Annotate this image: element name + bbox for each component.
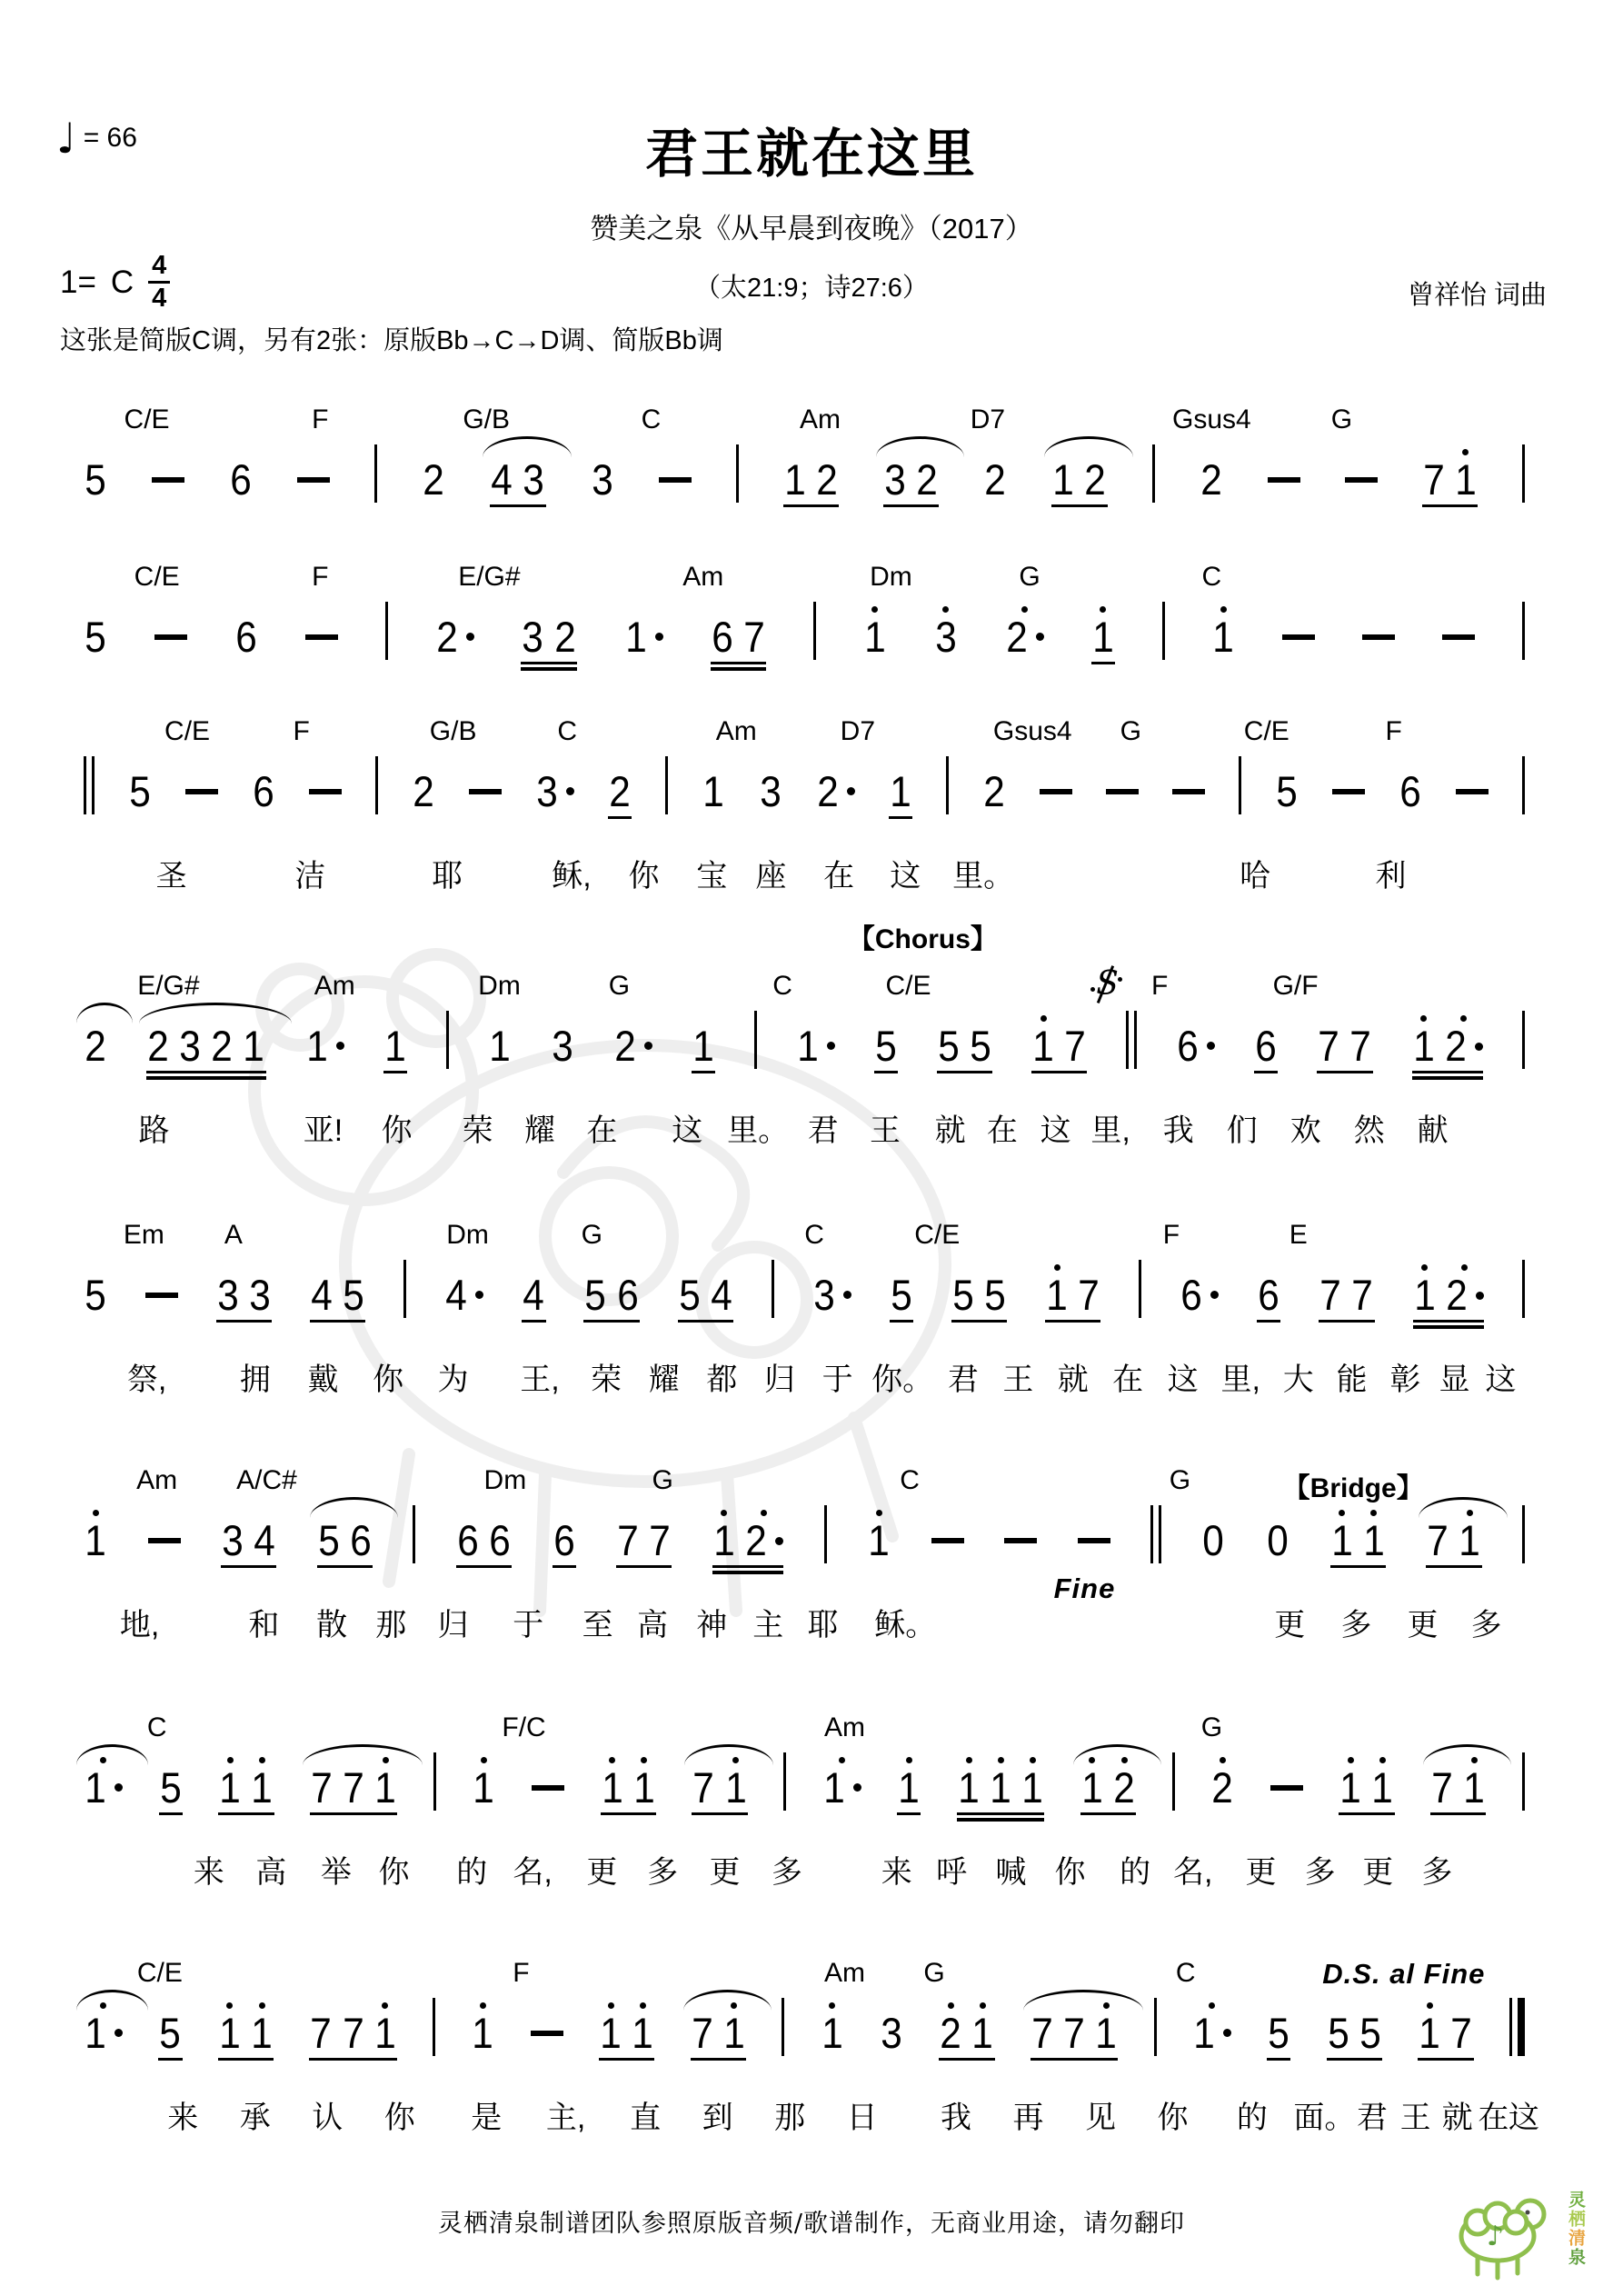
octave-dot [942, 606, 949, 613]
dash-extension [1442, 634, 1475, 664]
note: 71 [1422, 449, 1478, 507]
lyric-syllable: 你 [382, 1105, 413, 1150]
octave-dot [383, 1757, 389, 1763]
note-digit: 5 [875, 1025, 897, 1067]
chord-label: F [294, 716, 310, 747]
lyric-syllable: 利 [1376, 851, 1407, 895]
music-systems: C/EFG/BCAmD7Gsus4G5624331232212271C/EFE/… [82, 0, 1527, 2296]
note-digit: 2 [423, 459, 445, 501]
note-digit: 3 [881, 2012, 902, 2054]
lyric-syllable: 到 [702, 2092, 733, 2137]
note-digit: 1 [899, 1767, 921, 1809]
augmentation-dot [1476, 1292, 1484, 1300]
note: 4 [522, 1264, 545, 1323]
augmentation-dot [475, 1291, 483, 1299]
note: 771 [310, 1757, 397, 1815]
octave-dot [1379, 1757, 1386, 1763]
note: 1 [796, 1015, 835, 1074]
note-digit: 2 [212, 1025, 234, 1067]
octave-dot [1220, 1757, 1226, 1763]
octave-dot [1460, 1015, 1467, 1022]
octave-dot [732, 1757, 739, 1763]
lyric-syllable: 这 [1485, 1354, 1516, 1399]
lyric-syllable: 多 [1340, 1600, 1371, 1644]
dash-extension [469, 789, 502, 819]
beam-group: 71 [1426, 1510, 1481, 1568]
note: 5 [1267, 2002, 1290, 2061]
note-digit: 6 [712, 616, 733, 658]
note: 0 [1201, 1510, 1225, 1569]
note-digit: 5 [85, 1274, 106, 1316]
note-digit: 5 [984, 1274, 1006, 1316]
lyric-syllable: 那 [375, 1600, 406, 1644]
note: 5 [84, 606, 107, 665]
octave-dot [1461, 1264, 1468, 1271]
chord-label: G/F [1273, 971, 1319, 1002]
note: 17 [1418, 2002, 1473, 2061]
lyric-syllable: 多 [1305, 1847, 1336, 1892]
system-7: CF/CAmG151177111171111111221171来高举你的名,更多… [82, 1712, 1527, 1905]
note: 71 [1430, 1757, 1486, 1815]
note-digit: 1 [220, 1767, 242, 1809]
lyric-syllable: 直 [630, 2092, 661, 2137]
octave-dot [609, 1757, 615, 1763]
lyric-syllable: 稣, [552, 851, 591, 895]
note: 5 [1275, 761, 1299, 820]
lyric-syllable: 这 [1168, 1354, 1199, 1399]
note-digit: 1 [633, 1767, 655, 1809]
note-digit: 5 [585, 1274, 607, 1316]
note-digit: 5 [344, 1274, 365, 1316]
note-digit: 1 [1213, 616, 1235, 658]
barline [433, 1752, 436, 1815]
beam-group: 56 [317, 1510, 373, 1568]
note-digit: 1 [244, 1025, 265, 1067]
chord-label: E/G# [137, 971, 199, 1002]
note: 6 [1399, 761, 1422, 820]
note: 6 [1176, 1015, 1215, 1074]
chord-row: EmADmGCC/EFE [82, 1220, 1527, 1256]
lyric-syllable: 主 [752, 1600, 783, 1644]
note-digit: 6 [617, 1274, 639, 1316]
note-digit: 1 [890, 771, 911, 813]
augmentation-dot [655, 633, 663, 641]
lyric-syllable: 拥 [240, 1354, 271, 1399]
note: 2 [982, 761, 1006, 820]
lyric-syllable: 里。 [952, 851, 1014, 895]
octave-dot [1427, 2002, 1433, 2009]
lyric-syllable: 宝 [696, 851, 727, 895]
octave-dot [1089, 1757, 1095, 1763]
note: 771 [1031, 2002, 1118, 2061]
lyric-syllable: 你 [1157, 2092, 1188, 2137]
note-digit: 1 [725, 1767, 747, 1809]
note-digit: 5 [1276, 771, 1298, 813]
chord-label: G [1331, 404, 1352, 435]
note-digit: 5 [85, 616, 106, 658]
note: 1 [863, 606, 887, 665]
augmentation-dot [827, 1042, 835, 1050]
octave-dot [721, 1510, 727, 1516]
barline [385, 602, 388, 664]
note: 11 [601, 1757, 656, 1815]
chord-label: C [772, 971, 792, 1002]
system-6: AmA/C#DmGCG【Bridge】Fine13456666771210011… [82, 1465, 1527, 1658]
note: 45 [310, 1264, 365, 1323]
chord-label: E/G# [458, 562, 520, 593]
barline [783, 1752, 786, 1815]
octave-dot [948, 2002, 954, 2009]
note-digit: 7 [311, 1767, 333, 1809]
barline [1172, 1752, 1175, 1815]
octave-dot [1030, 1757, 1036, 1763]
augmentation-dot [1475, 1043, 1483, 1051]
note-digit: 2 [147, 1025, 169, 1067]
note-digit: 3 [884, 459, 906, 501]
octave-dot [227, 1757, 234, 1763]
note: 2 [816, 761, 855, 820]
note-digit: 1 [632, 2012, 654, 2054]
octave-dot [966, 1757, 972, 1763]
note: 6 [1254, 1015, 1278, 1073]
system-3: C/EFG/BCAmD7Gsus4GC/EF562321321256圣洁耶稣,你… [82, 716, 1527, 909]
chord-label: Am [314, 971, 355, 1002]
note-digit: 1 [85, 1520, 106, 1562]
chord-row: CF/CAmG [82, 1712, 1527, 1749]
chord-label: C [557, 716, 577, 747]
note: 3 [880, 2002, 903, 2061]
note-digit: 5 [129, 771, 151, 813]
lyric-syllable: 你 [373, 1354, 403, 1399]
beam-group: 71 [692, 1757, 747, 1815]
note: 0 [1266, 1510, 1289, 1569]
octave-dot [608, 2002, 614, 2009]
beam-group: 11 [218, 1757, 274, 1815]
note: 71 [692, 1757, 747, 1815]
chord-row: C/EFG/BCAmD7Gsus4G [82, 404, 1527, 441]
note-digit: 1 [1053, 459, 1075, 501]
lyric-syllable: 来 [194, 1847, 224, 1892]
beam-group: 12 [1413, 1264, 1484, 1323]
note-digit: 5 [160, 2012, 182, 2054]
note: 77 [1317, 1015, 1372, 1073]
note: 5 [158, 2002, 182, 2061]
lyric-syllable: 和 [248, 1600, 279, 1644]
note-row: 53345445654355517667712 [82, 1260, 1527, 1323]
barline [433, 1998, 435, 2061]
note: 55 [951, 1264, 1007, 1323]
note-digit: 1 [489, 1025, 511, 1067]
lyric-syllable: 君 [808, 1105, 839, 1150]
note: 32 [883, 449, 939, 507]
note-digit: 3 [536, 771, 558, 813]
lyric-syllable: 祭, [127, 1354, 166, 1399]
lyric-syllable: 王, [520, 1354, 559, 1399]
beam-group: 45 [310, 1264, 365, 1323]
beam-group: 17 [1031, 1015, 1087, 1073]
lyric-syllable: 再 [1012, 2092, 1043, 2137]
note-digit: 1 [958, 1767, 980, 1809]
octave-dot [1467, 1510, 1473, 1516]
beam-group: 71 [691, 2002, 746, 2061]
note: 2321 [146, 1015, 266, 1073]
chord-row: C/EFE/G#AmDmGC [82, 562, 1527, 598]
note-digit: 5 [952, 1274, 974, 1316]
note-digit: 3 [217, 1274, 239, 1316]
chord-label: C [804, 1220, 824, 1251]
dash-extension [305, 634, 338, 664]
augmentation-dot [847, 787, 855, 795]
beam-group: 11 [218, 2002, 274, 2061]
lyric-syllable: 然 [1354, 1105, 1385, 1150]
octave-dot [1462, 449, 1469, 455]
octave-dot [1370, 1510, 1377, 1516]
barline [665, 756, 668, 819]
note-digit: 7 [1079, 1274, 1100, 1316]
note-digit: 2 [85, 1025, 106, 1067]
lyric-syllable: 献 [1418, 1105, 1449, 1150]
dash-extension [1106, 789, 1139, 819]
chord-row: C/EFAmGCD.S. al Fine [82, 1958, 1527, 1994]
note-digit: 2 [941, 2012, 962, 2054]
note-digit: 1 [797, 1025, 819, 1067]
note: 55 [937, 1015, 992, 1073]
lyric-syllable: 你 [378, 1847, 409, 1892]
chord-label: D7 [841, 716, 875, 747]
chord-row: E/G#AmDmGCC/EFG/F【Chorus】S [82, 971, 1527, 1007]
chord-label: G [1201, 1712, 1222, 1743]
augmentation-dot [115, 2029, 123, 2037]
note-digit: 5 [85, 459, 106, 501]
note: 1 [383, 1015, 407, 1073]
note: 6 [229, 449, 253, 508]
note-digit: 7 [1431, 1767, 1453, 1809]
note: 33 [216, 1264, 272, 1323]
note-digit: 2 [817, 771, 839, 813]
beam-group: 55 [951, 1264, 1007, 1323]
note-digit: 1 [473, 2012, 494, 2054]
note-digit: 5 [970, 1025, 991, 1067]
note-digit: 3 [180, 1025, 202, 1067]
note-digit: 2 [1006, 616, 1028, 658]
chord-label: C [642, 404, 662, 435]
note-digit: 2 [614, 1025, 636, 1067]
note-digit: 2 [983, 771, 1005, 813]
chord-label: Dm [484, 1465, 527, 1496]
beam-group: 77 [1317, 1015, 1372, 1073]
note: 12 [712, 1510, 783, 1568]
note-digit: 1 [1095, 2012, 1117, 2054]
barline [1522, 444, 1525, 507]
note-digit: 3 [760, 771, 782, 813]
lyric-syllable: 高 [255, 1847, 286, 1892]
note-row: 1511771111711321771155517 [82, 1998, 1527, 2061]
beam-group: 11 [1339, 1757, 1394, 1815]
note-digit: 5 [160, 1767, 182, 1809]
system-4: E/G#AmDmGCC/EFG/F【Chorus】S22321111321155… [82, 971, 1527, 1163]
octave-dot [382, 2002, 388, 2009]
lyric-syllable: 路 [139, 1105, 170, 1150]
lyric-row: 来高举你的名,更多更多来呼喊你的名,更多更多 [82, 1847, 1527, 1889]
chord-label: C/E [134, 562, 180, 593]
note: 6 [1180, 1264, 1219, 1323]
barline [446, 1011, 449, 1073]
octave-dot [1220, 606, 1227, 613]
barline [1522, 1752, 1525, 1815]
beam-group: 56 [583, 1264, 639, 1323]
lyric-syllable: 的 [1120, 1847, 1150, 1892]
octave-dot [640, 2002, 646, 2009]
chord-label: C/E [914, 1220, 960, 1251]
chord-label: C [1176, 1958, 1196, 1989]
note-row: 562321321256 [82, 756, 1527, 819]
note: 67 [711, 606, 766, 664]
note-digit: 1 [1464, 1767, 1486, 1809]
note-digit: 2 [413, 771, 434, 813]
lyric-syllable: 这 [1041, 1105, 1071, 1150]
note-digit: 3 [523, 459, 545, 501]
note: 3 [812, 1264, 851, 1323]
chord-label: C [147, 1712, 167, 1743]
lyric-syllable: 名, [1173, 1847, 1212, 1892]
octave-dot [259, 2002, 265, 2009]
svg-text:♪: ♪ [1487, 2221, 1504, 2252]
barline [374, 444, 377, 507]
note-digit: 7 [1320, 1274, 1342, 1316]
note-digit: 7 [743, 616, 765, 658]
chord-label: F [513, 1958, 529, 1989]
beam-group: 11 [601, 1757, 656, 1815]
lyric-syllable: 更 [1408, 1600, 1439, 1644]
lyric-syllable: 显 [1439, 1354, 1470, 1399]
octave-dot [93, 1510, 99, 1516]
note: 3 [551, 1015, 574, 1074]
note: 55 [1327, 2002, 1382, 2061]
note: 12 [1412, 1015, 1483, 1073]
dash-extension [152, 477, 184, 507]
note: 6 [553, 1510, 576, 1568]
octave-dot [761, 1510, 767, 1516]
lyric-syllable: 的 [456, 1847, 487, 1892]
note: 2 [422, 449, 445, 508]
note-row: 5623216713211 [82, 602, 1527, 664]
note: 54 [678, 1264, 733, 1323]
note-digit: 1 [1022, 1767, 1044, 1809]
barline [1154, 1998, 1157, 2061]
octave-dot [1054, 1264, 1060, 1271]
note-digit: 1 [1413, 1025, 1435, 1067]
beam-group: 11 [599, 2002, 654, 2061]
barline [813, 602, 816, 664]
note: 1 [624, 606, 663, 665]
beam-group: 771 [1031, 2002, 1118, 2061]
note-digit: 0 [1267, 1520, 1289, 1562]
note-digit: 1 [1414, 1274, 1436, 1316]
lyric-row: 地,和散那归于至高神主耶稣。更多更多 [82, 1600, 1527, 1642]
chord-label: G [923, 1958, 944, 1989]
augmentation-dot [853, 1783, 861, 1792]
octave-dot [1420, 1015, 1427, 1022]
note-digit: 3 [552, 1025, 573, 1067]
double-barline [1126, 1011, 1137, 1073]
lyric-syllable: 哈 [1240, 851, 1270, 895]
note-digit: 1 [1459, 1520, 1481, 1562]
dash-extension [532, 1785, 564, 1815]
chord-label: C/E [164, 716, 210, 747]
barline [1522, 1011, 1525, 1073]
section-label: 【Bridge】 [1283, 1465, 1424, 1505]
lyric-syllable: 多 [1470, 1600, 1501, 1644]
note-digit: 7 [1423, 459, 1445, 501]
final-barline [1509, 1998, 1525, 2061]
dash-extension [1282, 634, 1315, 664]
octave-dot [1348, 1757, 1354, 1763]
barline [1139, 1260, 1141, 1323]
octave-dot [1339, 1510, 1345, 1516]
note-digit: 2 [609, 771, 631, 813]
system-8: C/EFAmGCD.S. al Fine15117711117113217711… [82, 1958, 1527, 2151]
barline [1522, 1260, 1525, 1323]
note: 71 [691, 2002, 746, 2061]
lyric-syllable: 这 [672, 1105, 702, 1150]
note-digit: 6 [489, 1520, 511, 1562]
note-digit: 1 [600, 2012, 622, 2054]
barline [1239, 756, 1241, 819]
lyric-syllable: 于 [822, 1354, 853, 1399]
note-digit: 4 [711, 1274, 732, 1316]
note-digit: 6 [235, 616, 257, 658]
lyric-syllable: 就 [1058, 1354, 1089, 1399]
lyric-syllable: 能 [1337, 1354, 1368, 1399]
note: 6 [252, 761, 275, 820]
note-digit: 1 [375, 1767, 397, 1809]
chord-label: F [1386, 716, 1402, 747]
note: 3 [591, 449, 614, 508]
note-digit: 1 [1372, 1767, 1394, 1809]
dash-extension [931, 1538, 964, 1568]
note-row: 22321111321155517667712 [82, 1011, 1527, 1073]
note-digit: 1 [821, 2012, 843, 2054]
lyric-syllable: 我 [1163, 1105, 1194, 1150]
note-digit: 5 [318, 1520, 340, 1562]
lyric-syllable: 戴 [308, 1354, 339, 1399]
note-digit: 2 [1085, 459, 1107, 501]
beam-group: 2321 [146, 1015, 266, 1073]
note-digit: 7 [311, 2012, 333, 2054]
note-digit: 4 [492, 459, 513, 501]
lyric-syllable: 们 [1227, 1105, 1258, 1150]
note: 11 [218, 1757, 274, 1815]
beam-group: 111 [957, 1757, 1044, 1815]
note-digit: 5 [1269, 2012, 1290, 2054]
note: 1 [84, 1757, 123, 1816]
lyric-syllable: 洁 [294, 851, 325, 895]
chord-label: E [1289, 1220, 1308, 1251]
note: 17 [1031, 1015, 1087, 1073]
note: 1 [1211, 606, 1235, 665]
note-digit: 1 [1032, 1025, 1054, 1067]
note-digit: 7 [1352, 1274, 1374, 1316]
dash-extension [1332, 789, 1365, 819]
octave-dot [1041, 1015, 1047, 1022]
note-digit: 1 [251, 2012, 273, 2054]
lyric-syllable: 散 [316, 1600, 347, 1644]
opening-double-barline [84, 756, 95, 819]
chord-label: Am [824, 1958, 865, 1989]
lyric-syllable: 更 [586, 1847, 617, 1892]
dash-extension [185, 789, 218, 819]
lyric-syllable: 是 [471, 2092, 502, 2137]
